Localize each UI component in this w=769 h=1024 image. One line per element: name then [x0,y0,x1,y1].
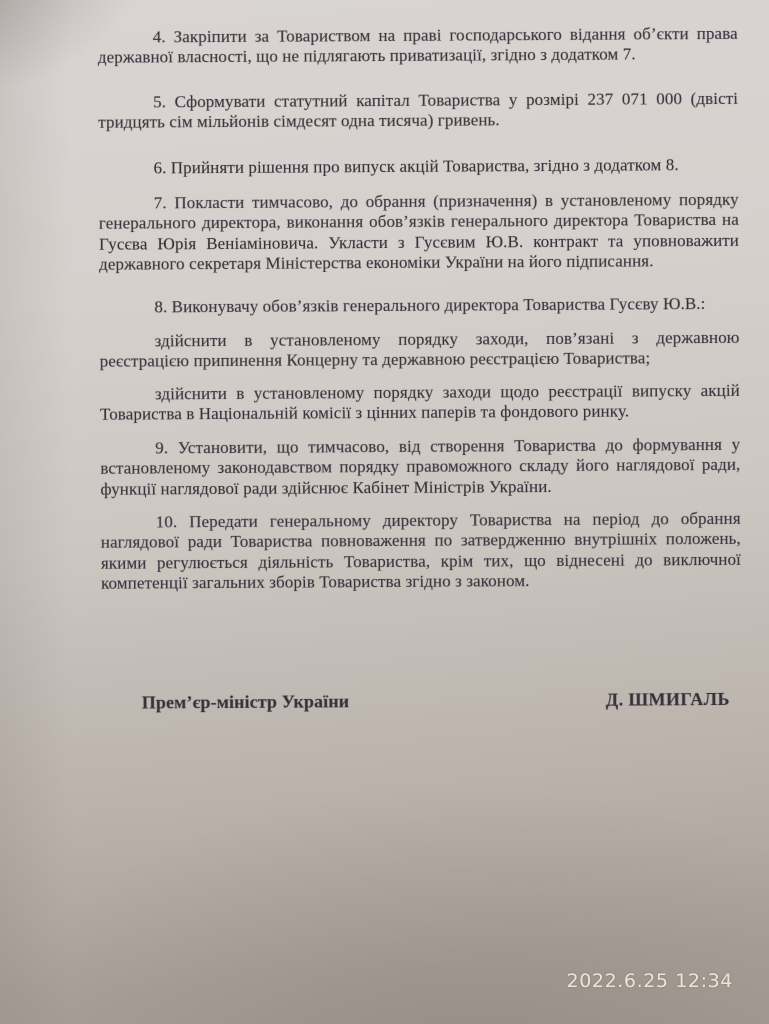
doc-paragraph-8-sub-1: здійснити в установленому порядку заходи… [100,328,740,373]
signature-row: Прем’єр-міністр України Д. ШМИГАЛЬ [102,688,742,712]
doc-paragraph-9: 9. Установити, що тимчасово, від створен… [100,435,740,500]
doc-paragraph-7: 7. Покласти тимчасово, до обрання (призн… [99,190,739,276]
doc-paragraph-8-sub-2: здійснити в установленому порядку заходи… [100,381,740,426]
doc-paragraph-10: 10. Передати генеральному директору Това… [101,509,741,595]
doc-paragraph-6: 6. Прийняти рішення про випуск акцій Тов… [98,154,738,178]
doc-paragraph-4: 4. Закріпити за Товариством на праві гос… [98,24,738,69]
signature-name: Д. ШМИГАЛЬ [606,688,730,709]
document-page: 4. Закріпити за Товариством на праві гос… [0,0,769,1024]
signature-title: Прем’єр-міністр України [142,691,350,713]
doc-paragraph-8: 8. Виконувачу обов’язків генерального ди… [99,293,739,317]
document-photo: 4. Закріпити за Товариством на праві гос… [0,0,769,1024]
doc-paragraph-5: 5. Сформувати статутний капітал Товарист… [98,89,738,134]
camera-timestamp: 2022.6.25 12:34 [567,970,734,992]
